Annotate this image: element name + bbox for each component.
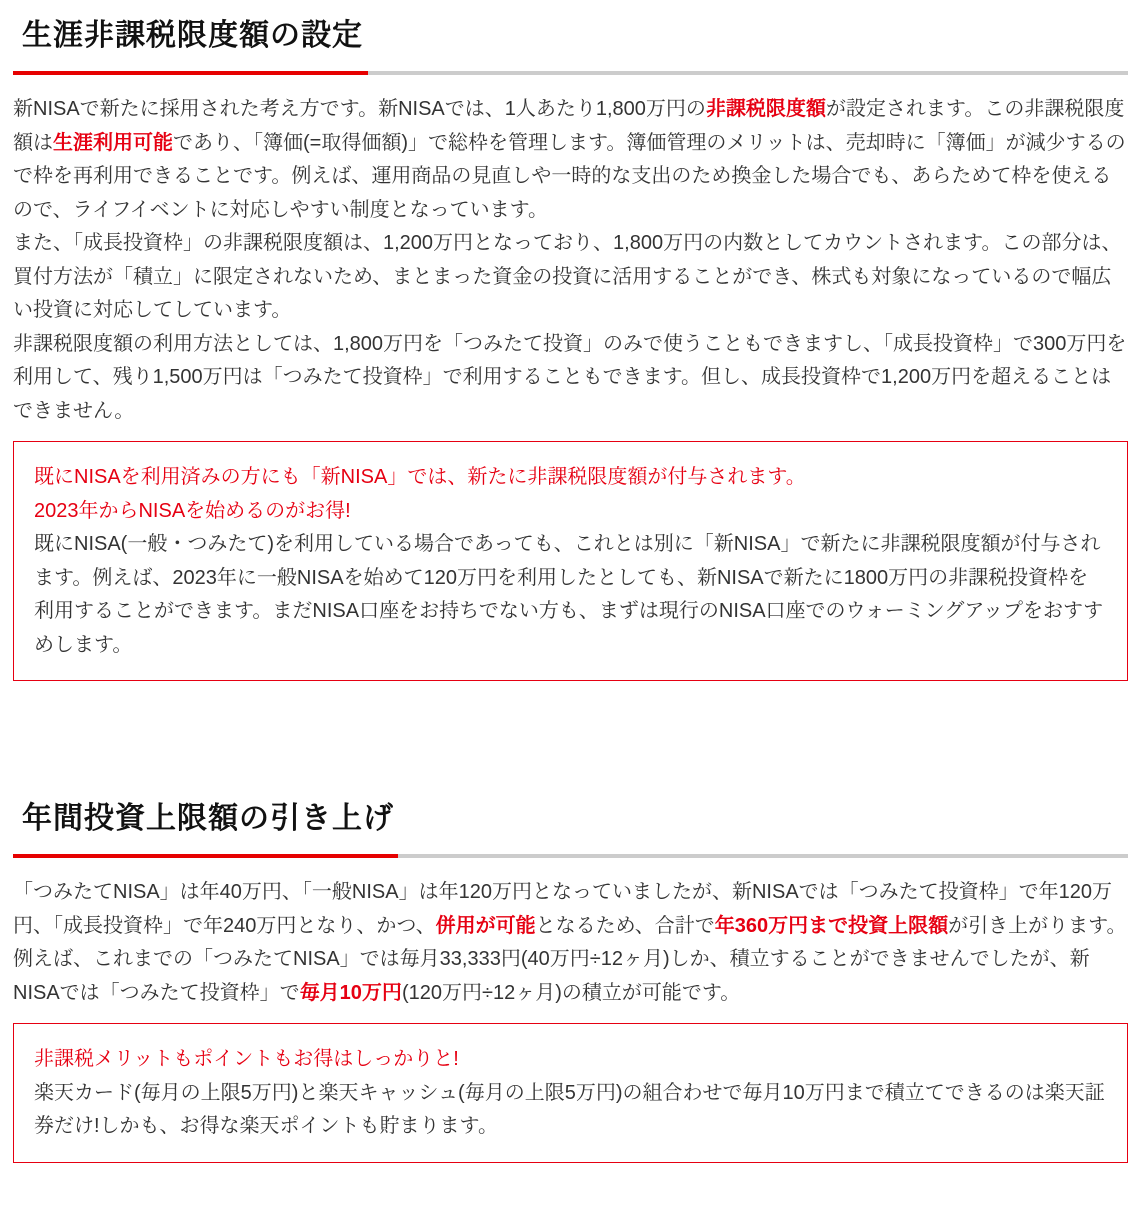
highlight-text: 併用が可能 [436, 915, 536, 937]
page: 生涯非課税限度額の設定 新NISAで新たに採用された考え方です。新NISAでは、… [0, 0, 1141, 1209]
paragraph: 非課税限度額の利用方法としては、1,800万円を「つみたて投資」のみで使うことも… [13, 328, 1128, 429]
highlight-text: 年360万円まで投資上限額 [715, 915, 948, 937]
section-body: 新NISAで新たに採用された考え方です。新NISAでは、1人あたり1,800万円… [13, 93, 1128, 428]
text-segment: となるため、合計で [536, 915, 715, 937]
highlight-box-lead-line: 既にNISAを利用済みの方にも「新NISA」では、新たに非課税限度額が付与されま… [34, 461, 1107, 495]
text-segment: 非課税限度額の利用方法としては、1,800万円を「つみたて投資」のみで使うことも… [13, 333, 1126, 422]
paragraph: 例えば、これまでの「つみたてNISA」では毎月33,333円(40万円÷12ヶ月… [13, 943, 1128, 1010]
section-lifetime-tax-free-limit: 生涯非課税限度額の設定 新NISAで新たに採用された考え方です。新NISAでは、… [13, 0, 1128, 681]
title-underline [13, 854, 1128, 858]
text-segment: であり、「簿価(=取得価額)」で総枠を管理します。簿価管理のメリットは、売却時に… [13, 132, 1126, 221]
title-underline-red-segment [13, 71, 368, 75]
highlight-text: 毎月10万円 [300, 982, 402, 1004]
highlight-box-lead-line: 非課税メリットもポイントもお得はしっかりと! [34, 1043, 1107, 1077]
section-body: 「つみたてNISA」は年40万円、「一般NISA」は年120万円となっていました… [13, 876, 1128, 1010]
paragraph: 「つみたてNISA」は年40万円、「一般NISA」は年120万円となっていました… [13, 876, 1128, 943]
section-title: 年間投資上限額の引き上げ [13, 783, 1128, 837]
highlight-text: 生涯利用可能 [53, 132, 173, 154]
highlight-box-body: 既にNISA(一般・つみたて)を利用している場合であっても、これとは別に「新NI… [34, 528, 1107, 662]
title-underline [13, 71, 1128, 75]
highlight-box-lead-line: 2023年からNISAを始めるのがお得! [34, 495, 1107, 529]
text-segment: が引き上がります。 [948, 915, 1126, 937]
paragraph: 新NISAで新たに採用された考え方です。新NISAでは、1人あたり1,800万円… [13, 93, 1128, 227]
section-title: 生涯非課税限度額の設定 [13, 0, 1128, 54]
highlight-box: 既にNISAを利用済みの方にも「新NISA」では、新たに非課税限度額が付与されま… [13, 441, 1128, 681]
section-annual-investment-cap: 年間投資上限額の引き上げ 「つみたてNISA」は年40万円、「一般NISA」は年… [13, 783, 1128, 1163]
highlight-box-body: 楽天カード(毎月の上限5万円)と楽天キャッシュ(毎月の上限5万円)の組合わせで毎… [34, 1077, 1107, 1144]
highlight-box: 非課税メリットもポイントもお得はしっかりと! 楽天カード(毎月の上限5万円)と楽… [13, 1023, 1128, 1163]
text-segment: (120万円÷12ヶ月)の積立が可能です。 [402, 982, 740, 1004]
paragraph: また、「成長投資枠」の非課税限度額は、1,200万円となっており、1,800万円… [13, 227, 1128, 328]
text-segment: また、「成長投資枠」の非課税限度額は、1,200万円となっており、1,800万円… [13, 232, 1122, 321]
text-segment: 新NISAで新たに採用された考え方です。新NISAでは、1人あたり1,800万円… [13, 98, 706, 120]
highlight-text: 非課税限度額 [706, 98, 826, 120]
title-underline-red-segment [13, 854, 398, 858]
